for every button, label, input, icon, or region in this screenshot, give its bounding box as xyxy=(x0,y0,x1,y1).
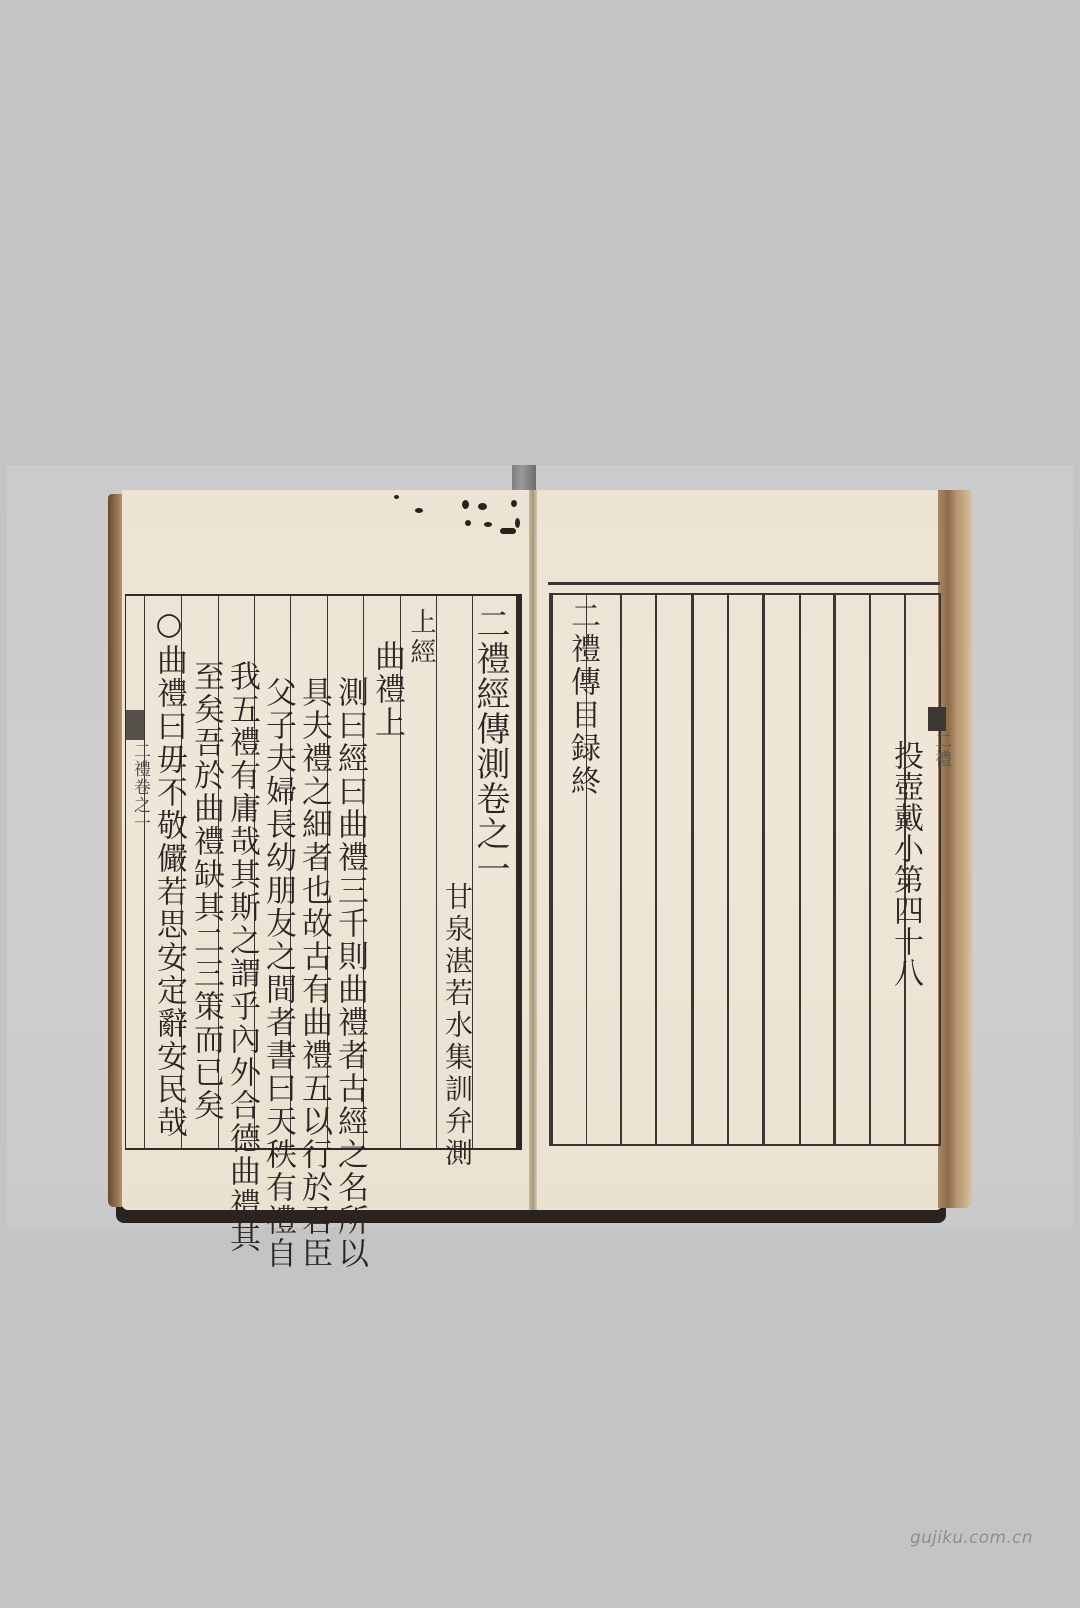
text-column-2: 具夫禮之細者也故古有曲禮五以行於君臣 xyxy=(297,676,331,1270)
column-rule xyxy=(869,595,871,1144)
right-margin-label: 二禮 xyxy=(929,732,954,768)
right-page-edge xyxy=(938,490,972,1208)
left-margin-label: 二禮卷之一 xyxy=(128,742,153,832)
column-rule xyxy=(436,596,437,1148)
book-gutter xyxy=(529,490,537,1210)
right-frame-top-rule xyxy=(548,582,940,585)
column-rule xyxy=(144,596,145,1148)
text-column-3: 父子夫婦長幼朋友之間者書曰天秩有禮自 xyxy=(261,676,295,1270)
column-rule xyxy=(691,595,694,1144)
section-heading: 上經 xyxy=(404,608,438,668)
column-rule xyxy=(799,595,801,1144)
column-rule xyxy=(620,595,622,1144)
volume-title: 二禮經傳測卷之一 xyxy=(473,606,507,886)
binding-clip xyxy=(512,465,536,493)
column-rule xyxy=(833,595,836,1144)
catalog-end-title: 二禮傳目録終 xyxy=(565,600,599,798)
site-watermark: gujiku.com.cn xyxy=(910,1528,1033,1548)
fishtail-mark xyxy=(126,710,144,740)
subheading: 曲禮上 xyxy=(370,640,404,739)
text-column-4: 我五禮有庸哉其斯之謂乎內外合德曲禮其 xyxy=(225,660,259,1254)
column-rule xyxy=(655,595,657,1144)
author-line: 甘泉湛若水集訓弁測 xyxy=(440,882,474,1170)
text-column-6: ○曲禮曰毋不敬儼若思安定辭安民哉 xyxy=(152,606,186,1139)
chapter-title-stamp: 投壺戴小第四十八 xyxy=(888,740,922,988)
column-rule xyxy=(727,595,729,1144)
right-text-frame xyxy=(549,593,941,1146)
column-rule xyxy=(762,595,765,1144)
text-column-5: 至矣吾於曲禮缺其二三策而已矣 xyxy=(189,660,223,1122)
text-column-1: 測曰經曰曲禮三千則曲禮者古經之名所以 xyxy=(333,676,367,1270)
frame-outer-rule xyxy=(518,594,522,1150)
fishtail-mark-right xyxy=(928,707,946,731)
